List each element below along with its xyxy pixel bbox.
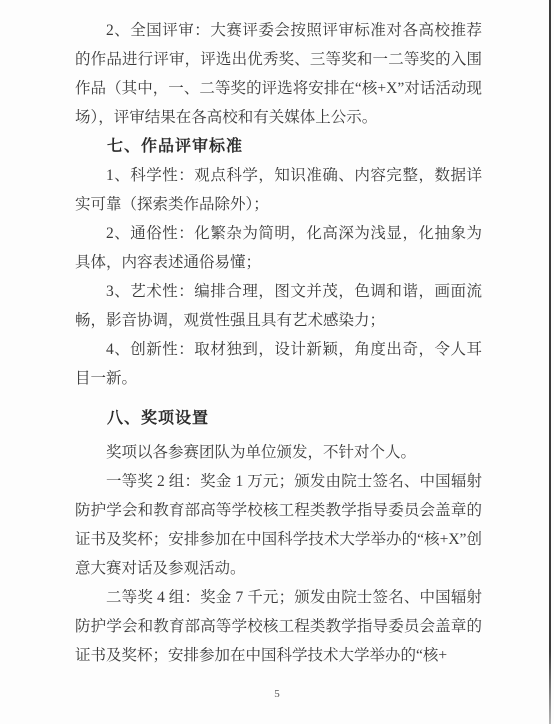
paragraph: 3、艺术性：编排合理，图文并茂，色调和谐，画面流畅，影音协调，观赏性强且具有艺术… — [75, 277, 482, 335]
paragraph: 二等奖 4 组：奖金 7 千元；颁发由院士签名、中国辐射防护学会和教育部高等学校… — [75, 583, 482, 670]
paragraph: 1、科学性：观点科学，知识准确、内容完整，数据详实可靠（探索类作品除外）； — [75, 161, 482, 219]
page-number: 5 — [0, 689, 554, 700]
paragraph: 2、通俗性：化繁杂为简明，化高深为浅显，化抽象为具体，内容表述通俗易懂； — [75, 219, 482, 277]
scan-edge-line — [549, 0, 551, 724]
document-body: 2、全国评审：大赛评委会按照评审标准对各高校推荐的作品进行评审，评选出优秀奖、三… — [75, 16, 482, 670]
paragraph: 2、全国评审：大赛评委会按照评审标准对各高校推荐的作品进行评审，评选出优秀奖、三… — [75, 16, 482, 132]
document-page: 2、全国评审：大赛评委会按照评审标准对各高校推荐的作品进行评审，评选出优秀奖、三… — [0, 0, 554, 724]
paragraph: 一等奖 2 组：奖金 1 万元；颁发由院士签名、中国辐射防护学会和教育部高等学校… — [75, 467, 482, 583]
paragraph: 奖项以各参赛团队为单位颁发，不针对个人。 — [75, 438, 482, 467]
paragraph: 4、创新性：取材独到，设计新颖，角度出奇，令人耳目一新。 — [75, 335, 482, 393]
section-heading: 八、奖项设置 — [75, 404, 482, 433]
section-heading: 七、作品评审标准 — [75, 132, 482, 161]
